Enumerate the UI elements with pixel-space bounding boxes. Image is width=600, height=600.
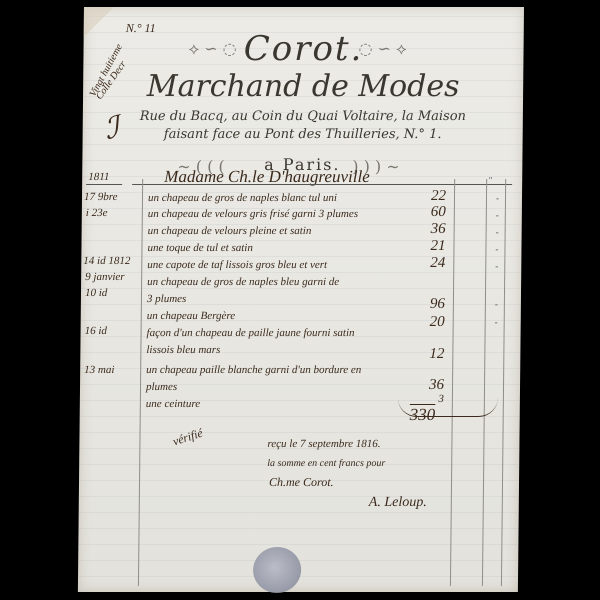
cents-mark: - [495, 317, 498, 327]
entry-description: une capote de taf lissois gros bleu et v… [147, 259, 327, 271]
entry-description: 3 plumes [147, 293, 187, 305]
cents-mark: " [488, 175, 492, 185]
entry-amount: 24 [415, 255, 445, 272]
entry-description: une toque de tul et satin [147, 242, 253, 254]
entry-description: un chapeau de gros de naples bleu garni … [147, 276, 339, 288]
entry-amount: 20 [415, 314, 445, 331]
entry-amount: 21 [415, 238, 445, 255]
trade-title: Marchand de Modes [83, 69, 523, 104]
entry-amount: 36 [416, 221, 446, 238]
entry-amount: 96 [415, 296, 445, 313]
cents-mark: - [496, 210, 499, 220]
amount-column-rule [450, 179, 455, 586]
entry-description: un chapeau de gros de naples blanc tul u… [148, 192, 337, 204]
right-margin-rule [501, 179, 506, 586]
cents-mark: - [495, 299, 498, 309]
cents-mark: - [496, 193, 499, 203]
invoice-year: 1811 [88, 171, 109, 183]
receipt-line-2: la somme en cent francs pour [267, 458, 385, 469]
entry-amount: 22 [416, 188, 446, 205]
entry-description: un chapeau de velours gris frisé garni 3… [148, 208, 358, 220]
entry-description: plumes [146, 381, 177, 393]
entry-amount: 36 [414, 377, 444, 394]
entry-date: 10 id [85, 287, 107, 299]
cents-mark: - [495, 261, 498, 271]
entry-amount: 60 [416, 204, 446, 221]
entry-date: 16 id [85, 325, 107, 337]
entry-date: 9 janvier [85, 271, 125, 283]
entry-description: un chapeau de velours pleine et satin [148, 225, 312, 237]
entry-date: i 23e [86, 207, 108, 219]
address-line-1: Rue du Bacq, au Coin du Quai Voltaire, l… [83, 109, 523, 124]
receipt-line-3: Ch.me Corot. [269, 475, 334, 490]
signature: A. Leloup. [369, 495, 427, 511]
verified-mark: vérifié [171, 426, 205, 450]
entry-description: façon d'un chapeau de paille jaune fourn… [147, 327, 355, 339]
entry-date: 13 mai [84, 364, 114, 376]
entry-description: un chapeau paille blanche garni d'un bor… [146, 364, 361, 376]
receipt-line-1: reçu le 7 septembre 1816. [267, 438, 380, 450]
cents-column-rule [482, 179, 487, 586]
entry-date: 14 id 1812 [83, 255, 130, 267]
entry-amount: 12 [414, 346, 444, 363]
year-underline [86, 184, 122, 185]
entry-description: lissois bleu mars [146, 344, 220, 356]
shop-name: Corot. [83, 29, 523, 69]
invoice-paper: N.° 11 Vingt huitieme Colle Decr ℐ ⟡ ∽ ◌… [78, 7, 524, 592]
invoice-total: 330 [410, 405, 436, 425]
wax-seal [253, 547, 301, 593]
entry-date: 17 9bre [84, 191, 118, 203]
entry-description: un chapeau Bergère [147, 310, 236, 322]
address-line-2: faisant face au Pont des Thuilleries, N.… [83, 127, 523, 142]
entry-description: une ceinture [146, 398, 200, 410]
cents-mark: - [496, 227, 499, 237]
cents-mark: - [495, 244, 498, 254]
date-column-rule [138, 179, 143, 586]
